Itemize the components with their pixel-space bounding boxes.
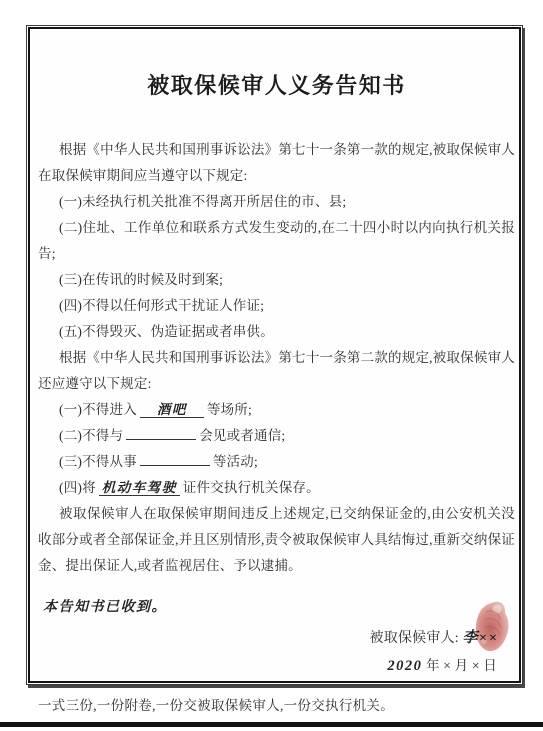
date-line: 2020 年 × 月 × 日 bbox=[38, 654, 515, 678]
rule2-item-4: (四)将机动车驾驶证件交执行机关保存。 bbox=[38, 475, 515, 501]
signatory-label: 被取保候审人: bbox=[370, 631, 459, 646]
signature-line: 被取保候审人: 李×× bbox=[38, 625, 515, 652]
rule2-item-1-post: 等场所; bbox=[207, 402, 252, 417]
copies-note: 一式三份,一份附卷,一份交被取保候审人,一份交执行机关。 bbox=[38, 694, 394, 714]
blank-field-filled: 酒吧 bbox=[140, 402, 204, 418]
rule1-item-4: (四)不得以任何形式干扰证人作证; bbox=[38, 293, 515, 319]
document-page: 被取保候审人义务告知书 根据《中华人民共和国刑事诉讼法》第七十一条第一款的规定,… bbox=[28, 27, 521, 683]
rule2-item-3-pre: (三)不得从事 bbox=[59, 454, 137, 469]
bottom-scan-line bbox=[0, 722, 543, 727]
intro-paragraph-2: 根据《中华人民共和国刑事诉讼法》第七十一条第二款的规定,被取保候审人还应遵守以下… bbox=[38, 345, 515, 397]
rule2-item-2: (二)不得与会见或者通信; bbox=[38, 423, 515, 449]
signatory-surname: 李 bbox=[463, 630, 480, 646]
document-frame: 被取保候审人义务告知书 根据《中华人民共和国刑事诉讼法》第七十一条第一款的规定,… bbox=[26, 25, 523, 685]
penalty-paragraph: 被取保候审人在取保候审期间违反上述规定,已交纳保证金的,由公安机关没收部分或者全… bbox=[38, 501, 515, 579]
rule1-item-2: (二)住址、工作单位和联系方式发生变动的,在二十四小时以内向执行机关报告; bbox=[38, 215, 515, 267]
rule2-item-3-post: 等活动; bbox=[213, 454, 258, 469]
rule2-item-2-pre: (二)不得与 bbox=[59, 428, 123, 443]
blank-field-filled: 机动车驾驶 bbox=[99, 480, 180, 496]
rule1-item-3: (三)在传讯的时候及时到案; bbox=[38, 267, 515, 293]
intro-paragraph-1: 根据《中华人民共和国刑事诉讼法》第七十一条第一款的规定,被取保候审人在取保候审期… bbox=[38, 137, 515, 189]
signatory-masked-name: ×× bbox=[479, 626, 499, 652]
rule2-item-4-pre: (四)将 bbox=[59, 480, 96, 495]
received-note: 本告知书已收到。 bbox=[38, 595, 515, 621]
date-rest: 年 × 月 × 日 bbox=[426, 658, 497, 673]
rule2-item-4-post: 证件交执行机关保存。 bbox=[183, 480, 320, 495]
document-title: 被取保候审人义务告知书 bbox=[38, 71, 515, 101]
blank-field-empty bbox=[140, 465, 210, 466]
rule2-item-2-post: 会见或者通信; bbox=[199, 428, 285, 443]
masked-x-marks: ×× bbox=[479, 631, 499, 646]
rule2-item-3: (三)不得从事等活动; bbox=[38, 449, 515, 475]
rule1-item-1: (一)未经执行机关批准不得离开所居住的市、县; bbox=[38, 189, 515, 215]
rule2-item-1-pre: (一)不得进入 bbox=[59, 402, 137, 417]
rule2-item-1: (一)不得进入酒吧等场所; bbox=[38, 397, 515, 423]
blank-field-empty bbox=[126, 439, 196, 440]
rule1-item-5: (五)不得毁灭、伪造证据或者串供。 bbox=[38, 319, 515, 345]
date-year-handwritten: 2020 bbox=[387, 658, 422, 674]
